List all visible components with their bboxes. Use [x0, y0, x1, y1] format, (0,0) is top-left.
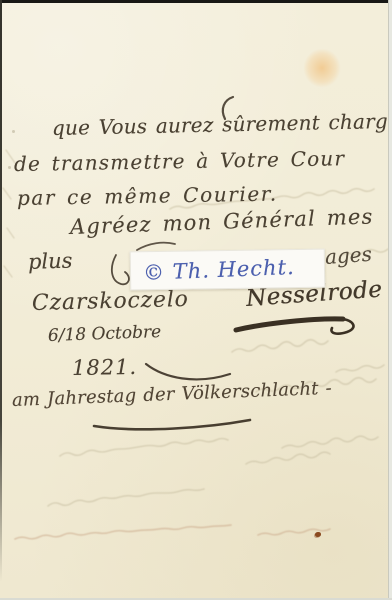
letter-place: Czarskoczelo [32, 287, 189, 316]
dust-speck [8, 166, 11, 169]
ink-speck [315, 532, 321, 537]
scan-edge-left [0, 0, 2, 600]
letter-line-1: que Vous aurez sûrement chargé [52, 109, 392, 140]
letter-date-year: 1821. [72, 355, 138, 380]
letter-line-2: de transmettre à Votre Cour [14, 146, 346, 176]
archivist-annotation: am Jahrestag der Völkerschlacht - [12, 378, 333, 411]
collector-watermark-text: © Th. Hecht. [131, 254, 296, 285]
paper-stain [297, 42, 347, 94]
scan-edge-top [0, 0, 392, 3]
letter-line-3: par ce même Courier. [17, 181, 278, 210]
letter-date-day-month: 6/18 Octobre [48, 322, 162, 346]
letter-scan-page: que Vous aurez sûrement chargé de transm… [0, 0, 392, 600]
collector-label: © Th. Hecht. [130, 249, 326, 291]
scan-edge-right [388, 0, 392, 600]
letter-closing-fragment-right: ages [324, 242, 372, 269]
dust-speck [12, 130, 15, 133]
letter-closing-line-1: Agréez mon Général mes [70, 204, 374, 239]
letter-closing-fragment-left: plus [28, 248, 73, 274]
